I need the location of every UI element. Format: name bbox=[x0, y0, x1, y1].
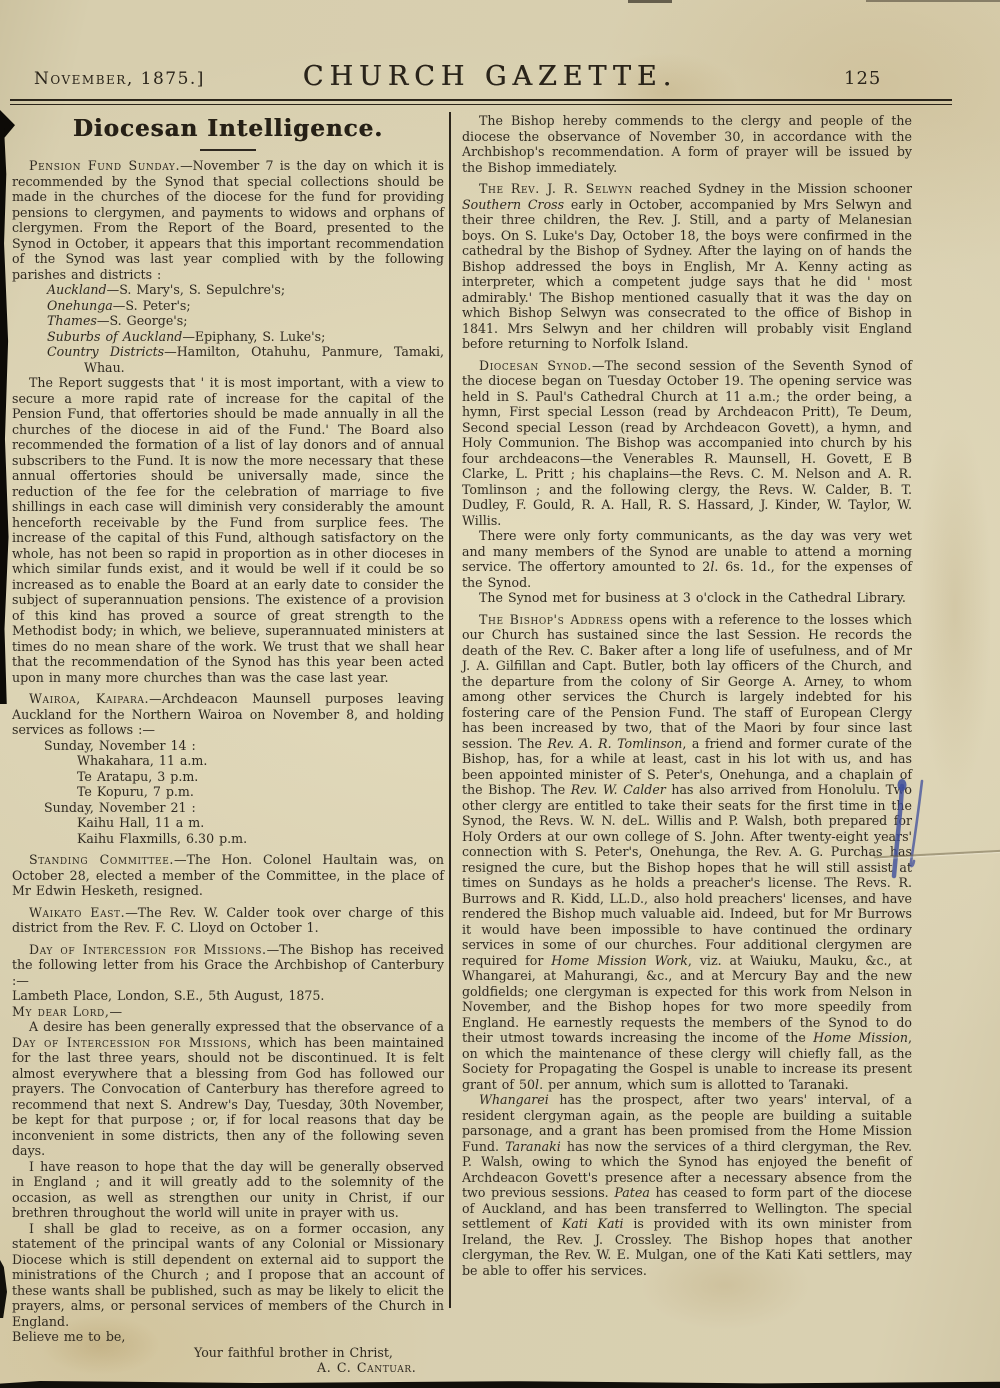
left-column-text: Pension Fund Sunday.—November 7 is the d… bbox=[12, 158, 444, 1376]
paragraph: Pension Fund Sunday.—November 7 is the d… bbox=[12, 158, 444, 282]
paragraph: Auckland—S. Mary's, S. Sepulchre's; bbox=[12, 282, 444, 298]
scan-edge-bottom bbox=[0, 1380, 1000, 1388]
paragraph: Standing Committee.—The Hon. Colonel Hau… bbox=[12, 852, 444, 899]
paragraph: Sunday, November 14 : bbox=[12, 738, 444, 754]
paragraph: The Rev. J. R. Selwyn reached Sydney in … bbox=[462, 181, 912, 352]
paragraph: A. C. Cantuar. bbox=[12, 1360, 444, 1376]
paragraph: Wairoa, Kaipara.—Archdeacon Maunsell pur… bbox=[12, 691, 444, 738]
masthead: November, 1875.] CHURCH GAZETTE. 125 bbox=[0, 60, 1000, 102]
paragraph: Whangarei has the prospect, after two ye… bbox=[462, 1092, 912, 1278]
scan-edge-left-lower bbox=[0, 1260, 7, 1318]
paragraph: Onehunga—S. Peter's; bbox=[12, 298, 444, 314]
section-heading: Diocesan Intelligence. bbox=[12, 115, 444, 142]
paragraph: Whakahara, 11 a.m. bbox=[12, 753, 444, 769]
paragraph: Kaihu Flaxmills, 6.30 p.m. bbox=[12, 831, 444, 847]
paragraph: Lambeth Place, London, S.E., 5th August,… bbox=[12, 988, 444, 1004]
paragraph: My dear Lord,— bbox=[12, 1004, 444, 1020]
scan-edge-left bbox=[0, 128, 9, 704]
paragraph: Waikato East.—The Rev. W. Calder took ov… bbox=[12, 905, 444, 936]
column-divider-rule bbox=[449, 112, 451, 1308]
header-double-rule bbox=[10, 99, 952, 105]
paragraph: Sunday, November 21 : bbox=[12, 800, 444, 816]
paragraph: Your faithful brother in Christ, bbox=[12, 1345, 444, 1361]
paragraph: Day of Intercession for Missions.—The Bi… bbox=[12, 942, 444, 989]
paragraph: Believe me to be, bbox=[12, 1329, 444, 1345]
masthead-title: CHURCH GAZETTE. bbox=[0, 61, 980, 92]
right-column: The Bishop hereby commends to the clergy… bbox=[462, 113, 912, 1278]
scan-edge-top bbox=[628, 0, 672, 3]
paragraph: The Bishop hereby commends to the clergy… bbox=[462, 113, 912, 175]
paragraph: There were only forty communicants, as t… bbox=[462, 528, 912, 590]
paragraph: The Bishop's Address opens with a refere… bbox=[462, 612, 912, 1093]
scan-edge-top bbox=[866, 0, 1000, 2]
paragraph: Te Aratapu, 3 p.m. bbox=[12, 769, 444, 785]
paper-stain bbox=[920, 430, 990, 790]
left-column: Diocesan Intelligence. Pension Fund Sund… bbox=[12, 113, 444, 1376]
paragraph: Te Kopuru, 7 p.m. bbox=[12, 784, 444, 800]
paragraph: A desire has been generally expressed th… bbox=[12, 1019, 444, 1159]
blue-ink-mark bbox=[888, 776, 938, 888]
paragraph: The Synod met for business at 3 o'clock … bbox=[462, 590, 912, 606]
paragraph: Country Districts—Hamilton, Otahuhu, Pan… bbox=[12, 344, 444, 375]
paragraph: The Report suggests that ' it is most im… bbox=[12, 375, 444, 685]
paragraph: I shall be glad to receive, as on a form… bbox=[12, 1221, 444, 1330]
newspaper-page-scan: November, 1875.] CHURCH GAZETTE. 125 Dio… bbox=[0, 0, 1000, 1388]
paragraph: Suburbs of Auckland—Epiphany, S. Luke's; bbox=[12, 329, 444, 345]
paragraph: Kaihu Hall, 11 a m. bbox=[12, 815, 444, 831]
right-column-text: The Bishop hereby commends to the clergy… bbox=[462, 113, 912, 1278]
masthead-page-number: 125 bbox=[844, 68, 881, 89]
paragraph: I have reason to hope that the day will … bbox=[12, 1159, 444, 1221]
paragraph: Diocesan Synod.—The second session of th… bbox=[462, 358, 912, 529]
paragraph: Thames—S. George's; bbox=[12, 313, 444, 329]
heading-rule bbox=[200, 149, 256, 151]
